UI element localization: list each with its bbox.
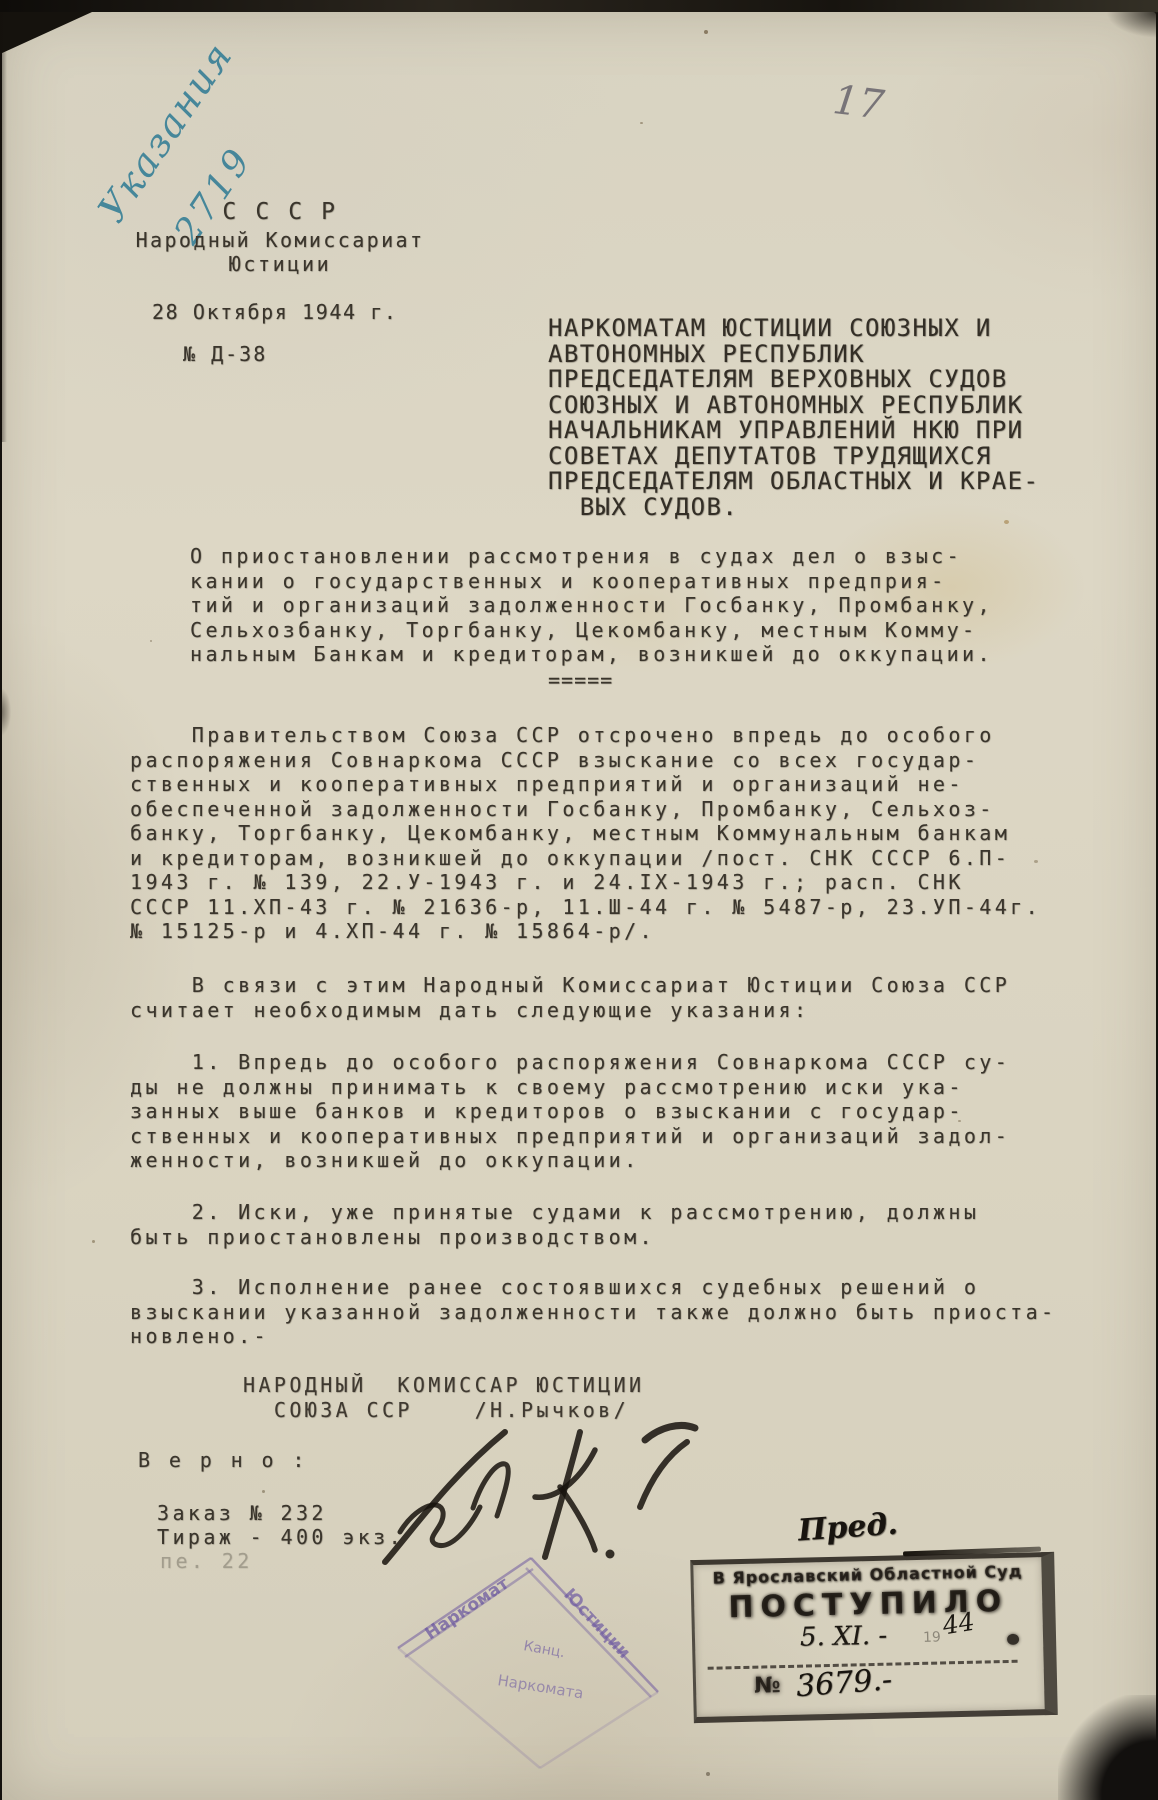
- paper-speck: [1034, 860, 1038, 863]
- letterhead-date: 28 Октября 1944 г.: [152, 300, 398, 325]
- page-number: 17: [830, 77, 886, 129]
- directive-item-3: 3. Исполнение ранее состоявшихся судебны…: [130, 1275, 1056, 1349]
- incoming-stamp-year-printed: 19: [923, 1629, 941, 1645]
- resolution-note: Пред.: [797, 1507, 899, 1549]
- directive-item-1: 1. Впредь до особого распоряжения Совнар…: [130, 1050, 1010, 1173]
- body-paragraph-2: В связи с этим Народный Комиссариат Юсти…: [130, 973, 1010, 1022]
- incoming-stamp: В Ярославский Областной Суд ПОСТУПИЛО 5.…: [690, 1552, 1058, 1723]
- addressee-block: НАРКОМАТАМ ЮСТИЦИИ СОЮЗНЫХ И АВТОНОМНЫХ …: [548, 316, 1039, 520]
- document-number: № Д-38: [183, 342, 267, 367]
- paper-speck: [958, 1120, 961, 1122]
- photo-edge-corner-tr: [1106, 12, 1158, 38]
- letterhead-org-line1: Народный Комиссариат: [115, 228, 445, 253]
- office-diamond-stamp: Наркомат Юстиции Канц. Наркомата: [385, 1545, 675, 1780]
- photo-edge-corner-br: [1058, 1695, 1158, 1800]
- paper-speck: [704, 30, 708, 34]
- paper-speck: [262, 1490, 265, 1493]
- paper-tear-notch: [0, 688, 11, 736]
- directive-item-2: 2. Иски, уже принятые судами к рассмотре…: [130, 1200, 979, 1249]
- document-photo: Указания 2719 17 С С С Р Народный Комисс…: [0, 0, 1158, 1800]
- incoming-stamp-received: ПОСТУПИЛО: [694, 1583, 1043, 1626]
- letterhead-org-line2: Юстиции: [115, 252, 445, 277]
- paper-speck: [396, 930, 398, 933]
- letterhead-country: С С С Р: [115, 200, 445, 225]
- incoming-stamp-date: 5. XI. -: [800, 1621, 888, 1653]
- print-note: пе. 22: [160, 1549, 253, 1574]
- photo-edge-left: [0, 12, 7, 442]
- paper-speck: [150, 640, 152, 642]
- incoming-stamp-ink-dot: [1007, 1634, 1019, 1645]
- office-stamp-word-justice: Юстиции: [559, 1585, 634, 1663]
- office-stamp-word-narkomat: Наркомат: [422, 1574, 513, 1645]
- incoming-stamp-number: 3679.-: [795, 1662, 893, 1704]
- paper-speck: [1004, 520, 1009, 524]
- office-stamp-word-narkomata: Наркомата: [496, 1671, 584, 1702]
- body-paragraph-1: Правительством Союза ССР отсрочено впред…: [130, 723, 1041, 944]
- subject-block: О приостановлении рассмотрения в судах д…: [190, 544, 993, 667]
- paper-speck: [706, 1772, 710, 1776]
- verno-label: В е р н о :: [138, 1448, 308, 1473]
- incoming-stamp-year-handwritten: 44: [941, 1607, 977, 1641]
- subject-separator: =====: [548, 668, 613, 693]
- office-stamp-word-kanc: Канц.: [522, 1638, 566, 1661]
- paper-speck: [92, 1240, 95, 1243]
- paper-speck: [640, 122, 643, 124]
- incoming-stamp-number-sign: №: [754, 1673, 781, 1699]
